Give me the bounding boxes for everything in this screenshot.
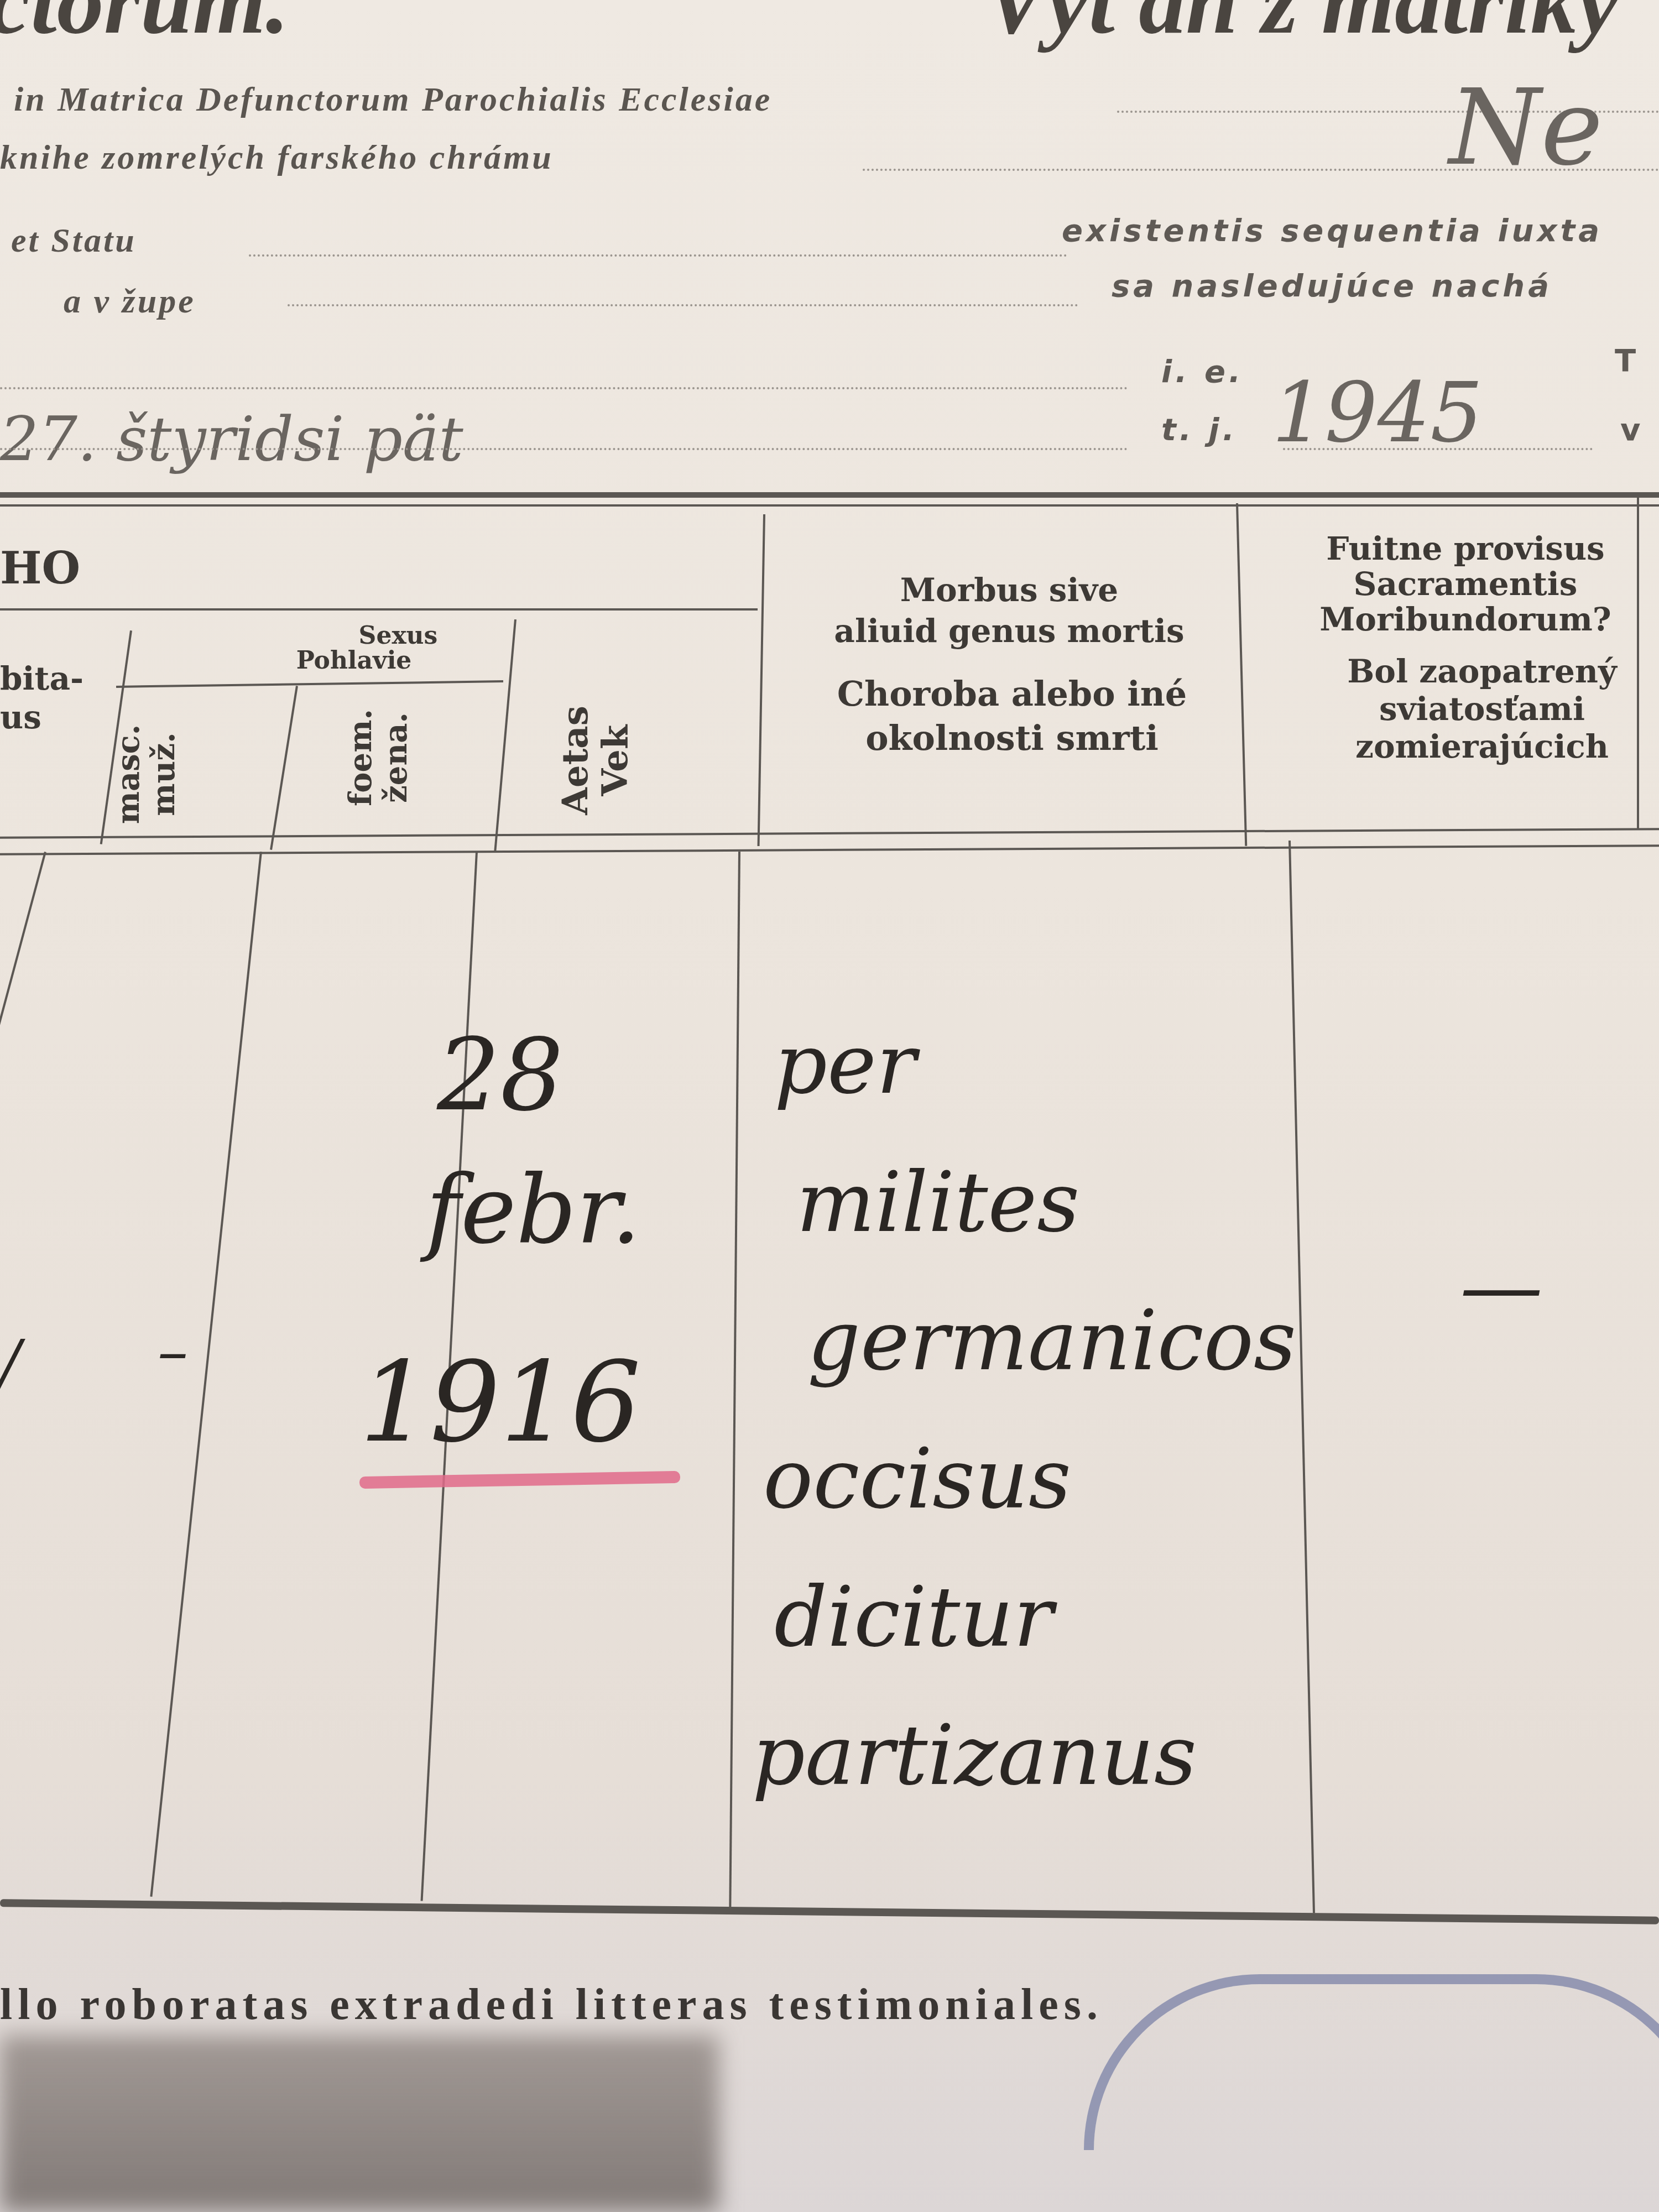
cause-line-4: occisus <box>763 1410 1296 1548</box>
header-female-latin: foem. <box>343 669 378 846</box>
header-habitation-1: bita- <box>0 658 84 699</box>
header-age-latin: Aetas <box>556 677 596 843</box>
cause-of-death: per milites germanicos occisus dicitur p… <box>774 995 1296 1825</box>
body-col-line-1 <box>0 852 46 1034</box>
cause-line-1: per <box>774 995 1296 1134</box>
header-habitation-2: us <box>0 697 41 738</box>
header-sacrament-slovak-2: sviatosťami <box>1272 690 1659 728</box>
handwritten-signature-fragment: Ne <box>1449 66 1603 189</box>
sex-subheader-rule <box>116 680 503 688</box>
header-sacrament-slovak-3: zomierajúcich <box>1272 728 1659 765</box>
field-line-date <box>0 387 1128 389</box>
field-line-date-sk <box>0 448 1128 450</box>
header-bottom-rule-2 <box>0 844 1659 855</box>
col-divider-age <box>494 619 517 851</box>
label-latin-state: et Statu <box>11 221 137 260</box>
header-age-slovak: Vek <box>596 677 635 843</box>
form-title-right: Výťah z matriky <box>984 0 1619 55</box>
header-sacrament-slovak: Bol zaopatrený sviatosťami zomierajúcich <box>1272 653 1659 765</box>
group-header-fragment: HO <box>0 547 80 588</box>
label-slovak-nasledujuce: sa nasledujúce nachá <box>1112 268 1552 304</box>
header-cause-slovak-2: okolnosti smrti <box>774 716 1250 760</box>
age-year: 1916 <box>359 1338 641 1467</box>
header-sacrament-latin-3: Moribundorum? <box>1255 602 1659 637</box>
col-divider-sex <box>270 686 298 850</box>
header-cause-latin: Morbus sive aliuid genus mortis <box>774 570 1244 651</box>
label-ie: i. e. <box>1161 354 1244 390</box>
label-tj: t. j. <box>1161 412 1238 448</box>
table-top-rule-inner <box>0 504 1659 507</box>
header-male-latin: masc. <box>111 691 146 857</box>
cause-line-3: germanicos <box>807 1272 1296 1410</box>
age-day: 28 <box>437 1018 564 1133</box>
label-latin-existentis: existentis sequentia iuxta <box>1062 213 1603 249</box>
footer-attestation: llo roboratas extradedi litteras testimo… <box>0 1980 1103 2030</box>
field-line-year <box>1283 448 1593 450</box>
cause-line-5: dicitur <box>774 1548 1296 1687</box>
label-T-fragment: T <box>1615 343 1639 379</box>
label-slovak-county: a v župe <box>64 282 196 321</box>
table-bottom-rule <box>0 1899 1659 1924</box>
header-male-slovak: muž. <box>146 691 181 857</box>
header-sacrament-latin-1: Fuitne provisus <box>1255 531 1659 566</box>
field-line-state <box>249 254 1067 257</box>
header-bottom-rule <box>0 828 1659 839</box>
handwritten-year: 1945 <box>1272 365 1483 461</box>
header-cause-latin-2: aliuid genus mortis <box>774 611 1244 651</box>
cause-line-6: partizanus <box>752 1687 1296 1825</box>
age-month: febr. <box>426 1156 641 1265</box>
label-latin-register: in Matrica Defunctorum Parochialis Eccle… <box>14 80 772 119</box>
header-cause-slovak-1: Choroba alebo iné <box>774 672 1250 716</box>
header-sex-latin: Sexus <box>288 622 509 650</box>
body-col-line-4 <box>729 852 740 1908</box>
header-cause-slovak: Choroba alebo iné okolnosti smrti <box>774 672 1250 760</box>
form-title-left: ctorum. <box>0 0 289 55</box>
field-line-county <box>288 304 1078 306</box>
header-sacrament-slovak-1: Bol zaopatrený <box>1272 653 1659 690</box>
label-slovak-register: knihe zomrelých farského chrámu <box>0 138 554 178</box>
header-male: masc. muž. <box>111 691 188 857</box>
group-header-rule <box>0 608 758 611</box>
header-female: foem. žena. <box>343 669 420 846</box>
col-divider-cause <box>758 514 765 846</box>
handwritten-date-words: 27. štyridsi pät <box>0 404 463 474</box>
cause-line-2: milites <box>796 1134 1296 1272</box>
label-v-fragment: v <box>1620 412 1644 448</box>
official-stamp <box>1084 1974 1659 2150</box>
sex-mark: – <box>158 1316 188 1387</box>
col-divider-right <box>1637 498 1639 830</box>
header-cause-latin-1: Morbus sive <box>774 570 1244 611</box>
header-sacrament-latin: Fuitne provisus Sacramentis Moribundorum… <box>1255 531 1659 637</box>
header-sacrament-latin-2: Sacramentis <box>1255 566 1659 602</box>
red-underline <box>359 1471 680 1489</box>
header-female-slovak: žena. <box>378 669 414 846</box>
photo-shadow <box>0 2035 719 2212</box>
sacrament-mark: — <box>1460 1239 1543 1335</box>
table-top-rule <box>0 492 1659 498</box>
header-age: Aetas Vek <box>556 677 639 843</box>
habitation-mark: / <box>0 1327 20 1398</box>
